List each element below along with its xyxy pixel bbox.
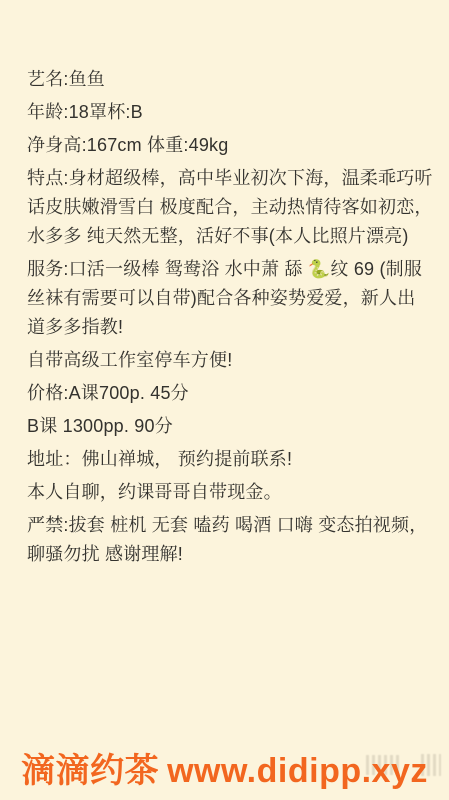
ad-text-line: 话皮肤嫩滑雪白 极度配合，主动热情待客如初恋，	[27, 193, 439, 222]
footer-site-url: www.didipp.xyz	[167, 752, 428, 790]
ad-text-line: 本人自聊，约课哥哥自带现金。	[27, 478, 439, 507]
ad-text-line: 聊骚勿扰 感谢理解!	[27, 540, 439, 569]
ad-text-line: 净身高:167cm 体重:49kg	[27, 131, 439, 160]
footer-banner: 滴滴约茶www.didipp.xyz	[0, 743, 449, 792]
ad-text-line: B课 1300pp. 90分	[27, 412, 439, 441]
ad-text-line: 地址：佛山禅城， 预约提前联系!	[27, 445, 439, 474]
ad-text-line: 丝袜有需要可以自带)配合各种姿势爱爱，新人出	[27, 284, 439, 313]
ad-text-line: 艺名:鱼鱼	[27, 65, 439, 94]
footer-brand-text: 滴滴约茶	[21, 752, 159, 790]
ad-text-line: 严禁:拔套 桩机 无套 嗑药 喝酒 口嗨 变态拍视频，	[27, 511, 439, 540]
ad-text-line: 特点:身材超级棒，高中毕业初次下海，温柔乖巧听	[27, 164, 439, 193]
ad-text-line: 价格:A课700p. 45分	[27, 379, 439, 408]
ad-text-line: 道多多指教!	[27, 313, 439, 342]
ad-text-line: 自带高级工作室停车方便!	[27, 346, 439, 375]
ad-text-line: 年龄:18罩杯:B	[27, 98, 439, 127]
screenshot-root: 艺名:鱼鱼年龄:18罩杯:B净身高:167cm 体重:49kg特点:身材超级棒，…	[0, 0, 449, 800]
ad-text-block: 艺名:鱼鱼年龄:18罩杯:B净身高:167cm 体重:49kg特点:身材超级棒，…	[27, 65, 439, 569]
ad-text-line: 服务:口活一级棒 鸳鸯浴 水中萧 舔 🐍纹 69 (制服	[27, 255, 439, 284]
ad-text-line: 水多多 纯天然无整，活好不事(本人比照片漂亮)	[27, 222, 439, 251]
